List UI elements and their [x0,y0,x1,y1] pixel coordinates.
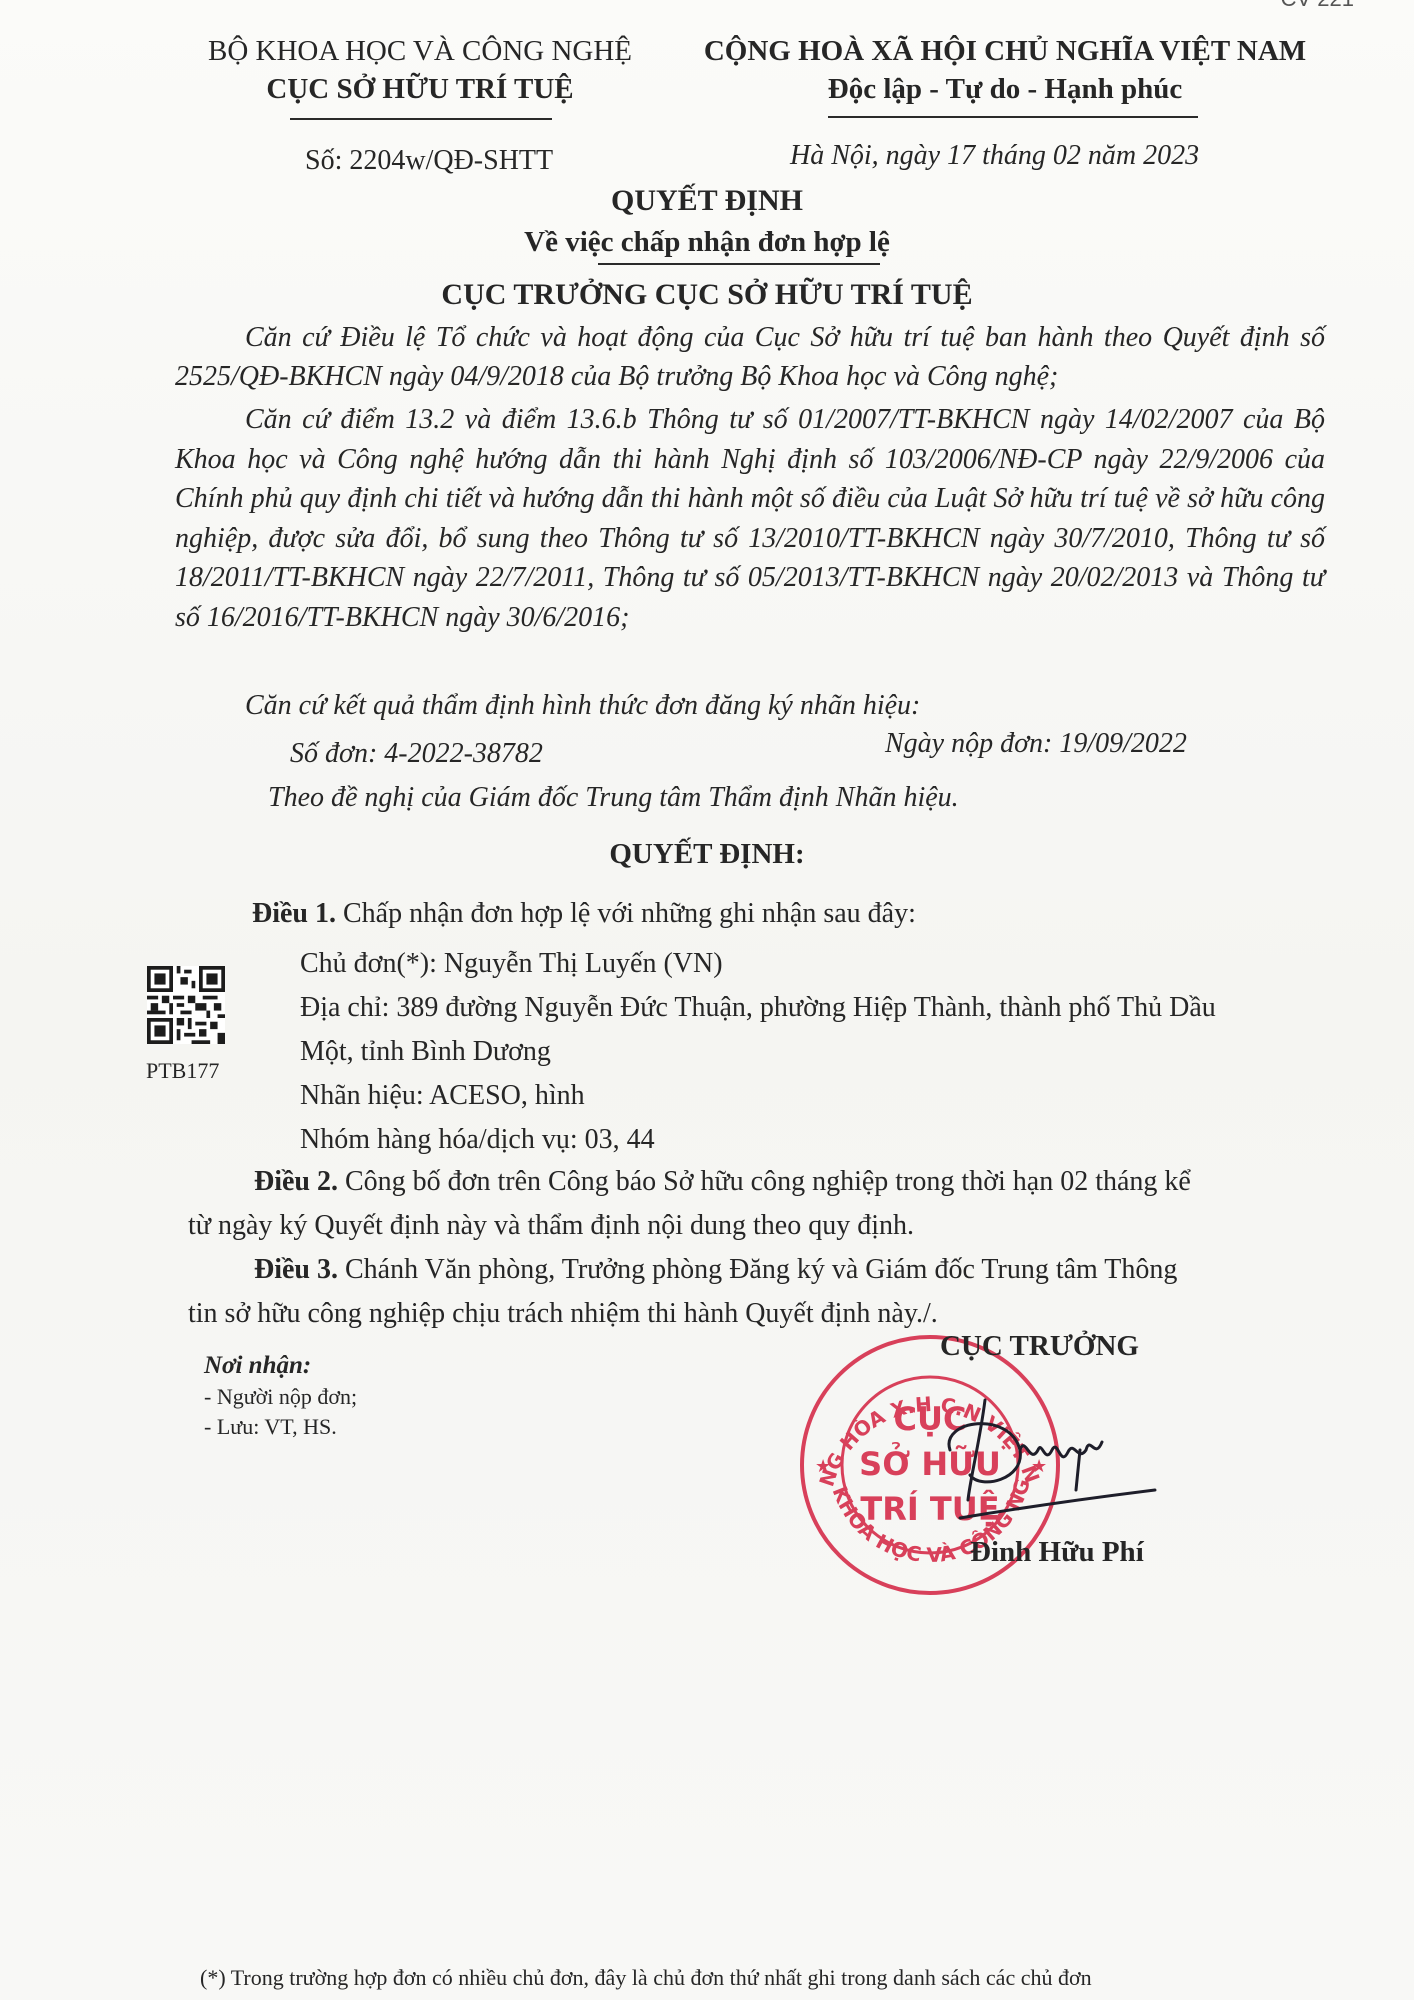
application-number: Số đơn: 4-2022-38782 [290,738,543,770]
article-3-line-2: tin sở hữu công nghiệp chịu trách nhiệm … [188,1298,938,1330]
qr-code-icon [147,966,225,1044]
goods-classes: Nhóm hàng hóa/dịch vụ: 03, 44 [300,1124,655,1156]
subject-underline [598,263,880,265]
article-1: Điều 1. Chấp nhận đơn hợp lệ với những g… [252,898,916,930]
recipients-block: Nơi nhận: - Người nộp đơn; - Lưu: VT, HS… [204,1350,357,1442]
preamble-circular: Căn cứ điểm 13.2 và điểm 13.6.b Thông tư… [175,400,1325,637]
article-3: Điều 3. Chánh Văn phòng, Trưởng phòng Đă… [254,1254,1177,1286]
agency-header: BỘ KHOA HỌC VÀ CÔNG NGHỆ CỤC SỞ HỮU TRÍ … [170,32,670,108]
recipient-item: - Người nộp đơn; [204,1382,357,1412]
issuer-title: CỤC TRƯỞNG CỤC SỞ HỮU TRÍ TUỆ [0,278,1414,312]
article-2: Điều 2. Công bố đơn trên Công báo Sở hữu… [254,1166,1191,1198]
article-3-line-1: Chánh Văn phòng, Trưởng phòng Đăng ký và… [345,1254,1177,1285]
national-header: CỘNG HOÀ XÃ HỘI CHỦ NGHĨA VIỆT NAM Độc l… [690,32,1320,108]
address-line-2: Một, tỉnh Bình Dương [300,1036,551,1068]
document-number: Số: 2204w/QĐ-SHTT [305,145,553,177]
country-name: CỘNG HOÀ XÃ HỘI CHỦ NGHĨA VIỆT NAM [690,32,1320,70]
preamble-charter-text: Căn cứ Điều lệ Tổ chức và hoạt động của … [175,322,1325,392]
document-page: CV 221 BỘ KHOA HỌC VÀ CÔNG NGHỆ CỤC SỞ H… [0,0,1414,2000]
filing-date: Ngày nộp đơn: 19/09/2022 [885,728,1187,760]
document-title: QUYẾT ĐỊNH [0,184,1414,218]
preamble-proposal: Theo đề nghị của Giám đốc Trung tâm Thẩm… [268,782,959,814]
footnote: (*) Trong trường hợp đơn có nhiều chủ đơ… [200,1965,1092,1991]
motto-underline [828,116,1198,118]
article-3-label: Điều 3. [254,1254,338,1285]
article-1-label: Điều 1. [252,898,336,929]
recipient-item: - Lưu: VT, HS. [204,1412,357,1442]
agency-name: CỤC SỞ HỮU TRÍ TUỆ [170,70,670,108]
corner-note: CV 221 [1281,0,1354,12]
preamble-circular-text: Căn cứ điểm 13.2 và điểm 13.6.b Thông tư… [175,404,1325,633]
decision-heading: QUYẾT ĐỊNH: [0,838,1414,871]
applicant: Chủ đơn(*): Nguyễn Thị Luyến (VN) [300,948,723,980]
article-2-line-1: Công bố đơn trên Công báo Sở hữu công ng… [345,1166,1191,1197]
trademark: Nhãn hiệu: ACESO, hình [300,1080,585,1112]
preamble-charter: Căn cứ Điều lệ Tổ chức và hoạt động của … [175,318,1325,396]
document-subject: Về việc chấp nhận đơn hợp lệ [0,226,1414,259]
agency-underline [290,118,552,120]
place-date: Hà Nội, ngày 17 tháng 02 năm 2023 [790,140,1199,172]
recipients-heading: Nơi nhận: [204,1350,357,1382]
qr-code-label: PTB177 [146,1058,219,1084]
address-line-1: Địa chỉ: 389 đường Nguyễn Đức Thuận, phư… [300,992,1216,1024]
article-1-text: Chấp nhận đơn hợp lệ với những ghi nhận … [343,898,916,929]
article-2-label: Điều 2. [254,1166,338,1197]
agency-parent: BỘ KHOA HỌC VÀ CÔNG NGHỆ [170,32,670,70]
signature-icon [930,1380,1170,1530]
signer-title: CỤC TRƯỞNG [940,1330,1139,1363]
article-2-line-2: từ ngày ký Quyết định này và thẩm định n… [188,1210,914,1242]
signer-name: Đinh Hữu Phí [970,1536,1144,1569]
preamble-exam-result: Căn cứ kết quả thẩm định hình thức đơn đ… [245,690,920,722]
national-motto: Độc lập - Tự do - Hạnh phúc [690,70,1320,108]
svg-text:★: ★ [815,1456,831,1477]
